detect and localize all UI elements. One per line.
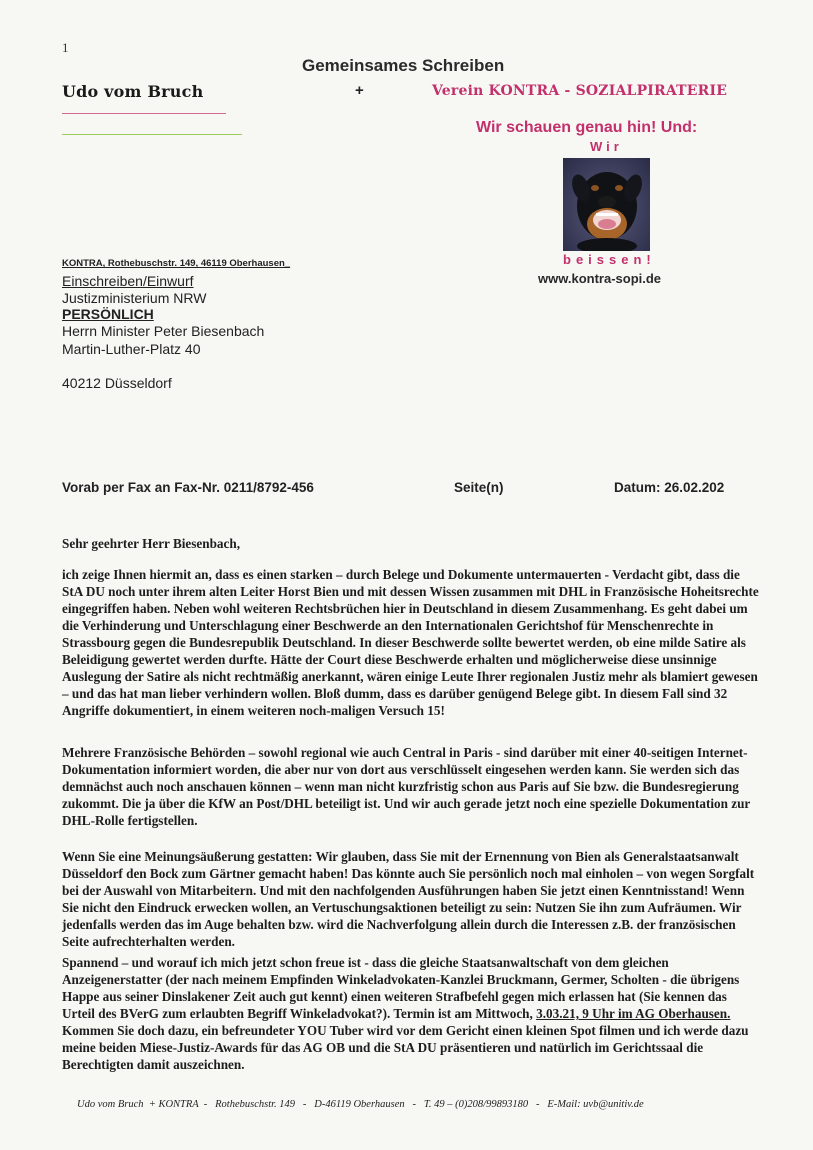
sender-name: Udo vom Bruch	[62, 82, 203, 101]
organization-name: Verein KONTRA - SOZIALPIRATERIE	[432, 83, 727, 99]
plus-sign: +	[355, 82, 364, 99]
footer-contact: Udo vom Bruch + KONTRA - Rothebuschstr. …	[77, 1099, 644, 1110]
paragraph-1: ich zeige Ihnen hiermit an, dass es eine…	[62, 566, 762, 719]
slogan-beissen: beissen!	[563, 252, 656, 267]
salutation: Sehr geehrter Herr Biesenbach,	[62, 535, 762, 552]
recipient-organization: Justizministerium NRW	[62, 290, 206, 306]
delivery-method: Einschreiben/Einwurf	[62, 273, 194, 289]
personal-marker: PERSÖNLICH	[62, 306, 154, 322]
page-number: 1	[62, 40, 69, 56]
return-address: KONTRA, Rothebuschstr. 149, 46119 Oberha…	[62, 258, 290, 269]
paragraph-4: Spannend – und worauf ich mich jetzt sch…	[62, 954, 762, 1073]
slogan: Wir schauen genau hin! Und:	[476, 119, 697, 137]
court-date: 3.03.21, 9 Uhr im AG Oberhausen.	[536, 1006, 730, 1021]
pink-divider	[62, 113, 226, 114]
dog-icon	[563, 158, 650, 251]
paragraph-2: Mehrere Französische Behörden – sowohl r…	[62, 744, 762, 829]
page-count: Seite(n)	[454, 480, 504, 495]
fax-number: Vorab per Fax an Fax-Nr. 0211/8792-456	[62, 480, 314, 495]
recipient-name: Herrn Minister Peter Biesenbach	[62, 323, 264, 339]
letter-title: Gemeinsames Schreiben	[302, 56, 504, 76]
green-divider	[62, 134, 242, 135]
recipient-city: 40212 Düsseldorf	[62, 375, 172, 391]
paragraph-3: Wenn Sie eine Meinungsäußerung gestatten…	[62, 848, 762, 950]
website-link[interactable]: www.kontra-sopi.de	[538, 271, 661, 286]
paragraph-4-end: Kommen Sie doch dazu, ein befreundeter Y…	[62, 1023, 749, 1072]
slogan-wir: Wir	[590, 139, 623, 154]
rottweiler-image	[563, 158, 650, 251]
letter-date: Datum: 26.02.202	[614, 480, 724, 495]
recipient-street: Martin-Luther-Platz 40	[62, 341, 201, 357]
